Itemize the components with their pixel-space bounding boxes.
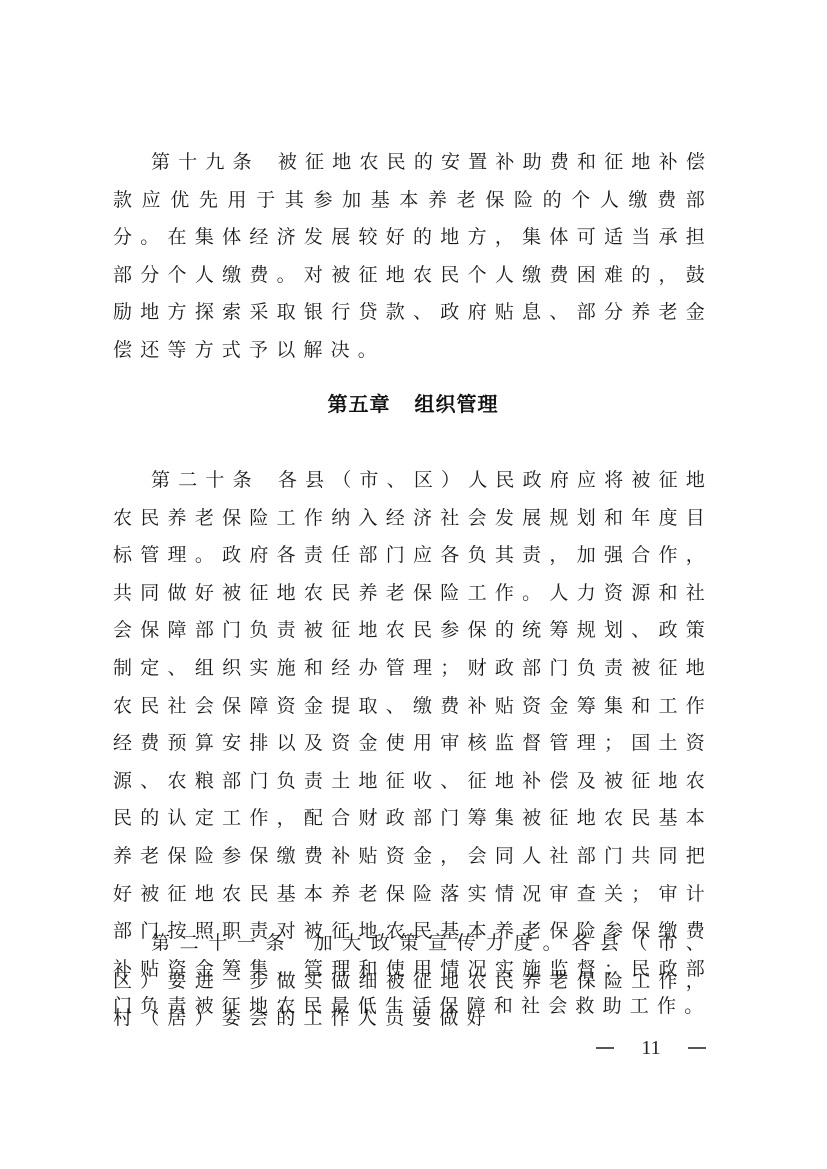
chapter-number: 第五章 bbox=[328, 392, 391, 416]
dash-right bbox=[688, 1047, 706, 1049]
dash-left bbox=[596, 1047, 614, 1049]
chapter-heading: 第五章组织管理 bbox=[113, 388, 713, 417]
chapter-title: 组织管理 bbox=[415, 392, 499, 416]
article-19-body: 被征地农民的安置补助费和征地补偿款应优先用于其参加基本养老保险的个人缴费部分。在… bbox=[113, 151, 713, 361]
article-21-heading: 第二十一条 bbox=[151, 932, 294, 954]
article-21: 第二十一条加大政策宣传力度。各县（市、区）要进一步做实做细被征地农民养老保险工作… bbox=[113, 925, 713, 1038]
page-footer: 11 bbox=[596, 1036, 706, 1060]
article-20-heading: 第二十条 bbox=[151, 469, 260, 491]
article-19-heading: 第十九条 bbox=[151, 151, 260, 173]
article-19: 第十九条被征地农民的安置补助费和征地补偿款应优先用于其参加基本养老保险的个人缴费… bbox=[113, 144, 713, 370]
page-number: 11 bbox=[641, 1037, 660, 1060]
